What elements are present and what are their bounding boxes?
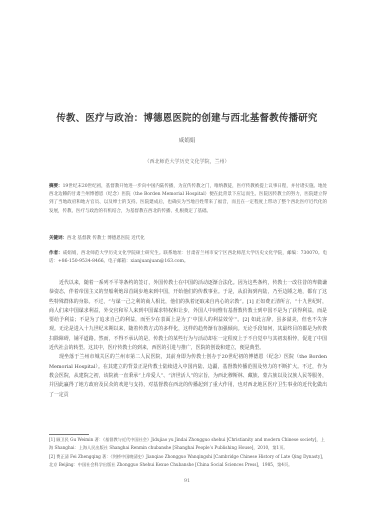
keywords-label: 关键词： (49, 236, 67, 241)
keywords: 关键词：西北 基督教 传教士 博德恩医院 近代化 (49, 235, 327, 243)
abstract-label: 摘要： (49, 184, 63, 189)
abstract: 摘要：19世纪末20世纪初，基督教开始进一步向中国内陆传播，为宣传传教之门，唯纳… (49, 183, 327, 216)
author-affiliation: （西北师范大学历史文化学院，兰州） (0, 158, 374, 165)
footnote: [2] 费正清 Fei Zhengqing 著：《剑桥中国晚清史》Jianqia… (49, 453, 327, 468)
page-number: 91 (0, 478, 374, 484)
body-paragraph: 近代以来，随着一系列不平等条约的签订，外国传教士在中国的活动逐渐合法化。因为这些… (49, 279, 327, 353)
author-info: 作者：咸娟娟，西北师范大学历史文化学院硕士研究生。联系地址：甘肃省兰州市安宁区西… (49, 250, 327, 266)
footnote: [1] 顾卫民 Gu Weimin 著：《基督教与近代中国社会》Jidujiao… (49, 436, 327, 451)
author-name: 咸娟娟 (0, 136, 374, 144)
footnote-divider (49, 434, 89, 435)
abstract-text: 19世纪末20世纪初，基督教开始进一步向中国内陆传播，为宣传传教之门，唯纳教徒，… (49, 184, 327, 214)
body-paragraph: 现坐落于兰州市城关区的兰州市第二人民医院，其前身即为传教士创办于20世纪初的博德… (49, 353, 327, 399)
author-info-text: 咸娟娟，西北师范大学历史文化学院硕士研究生。联系地址：甘肃省兰州市安宁区西北师范… (49, 251, 327, 264)
article-title: 传教、医疗与政治：博德恩医院的创建与西北基督教传播研究 (0, 110, 374, 124)
author-info-label: 作者： (49, 251, 63, 256)
footnotes: [1] 顾卫民 Gu Weimin 著：《基督教与近代中国社会》Jidujiao… (49, 436, 327, 470)
keywords-text: 西北 基督教 传教士 博德恩医院 近代化 (67, 236, 145, 241)
body-text: 近代以来，随着一系列不平等条约的签订，外国传教士在中国的活动逐渐合法化。因为这些… (49, 279, 327, 400)
